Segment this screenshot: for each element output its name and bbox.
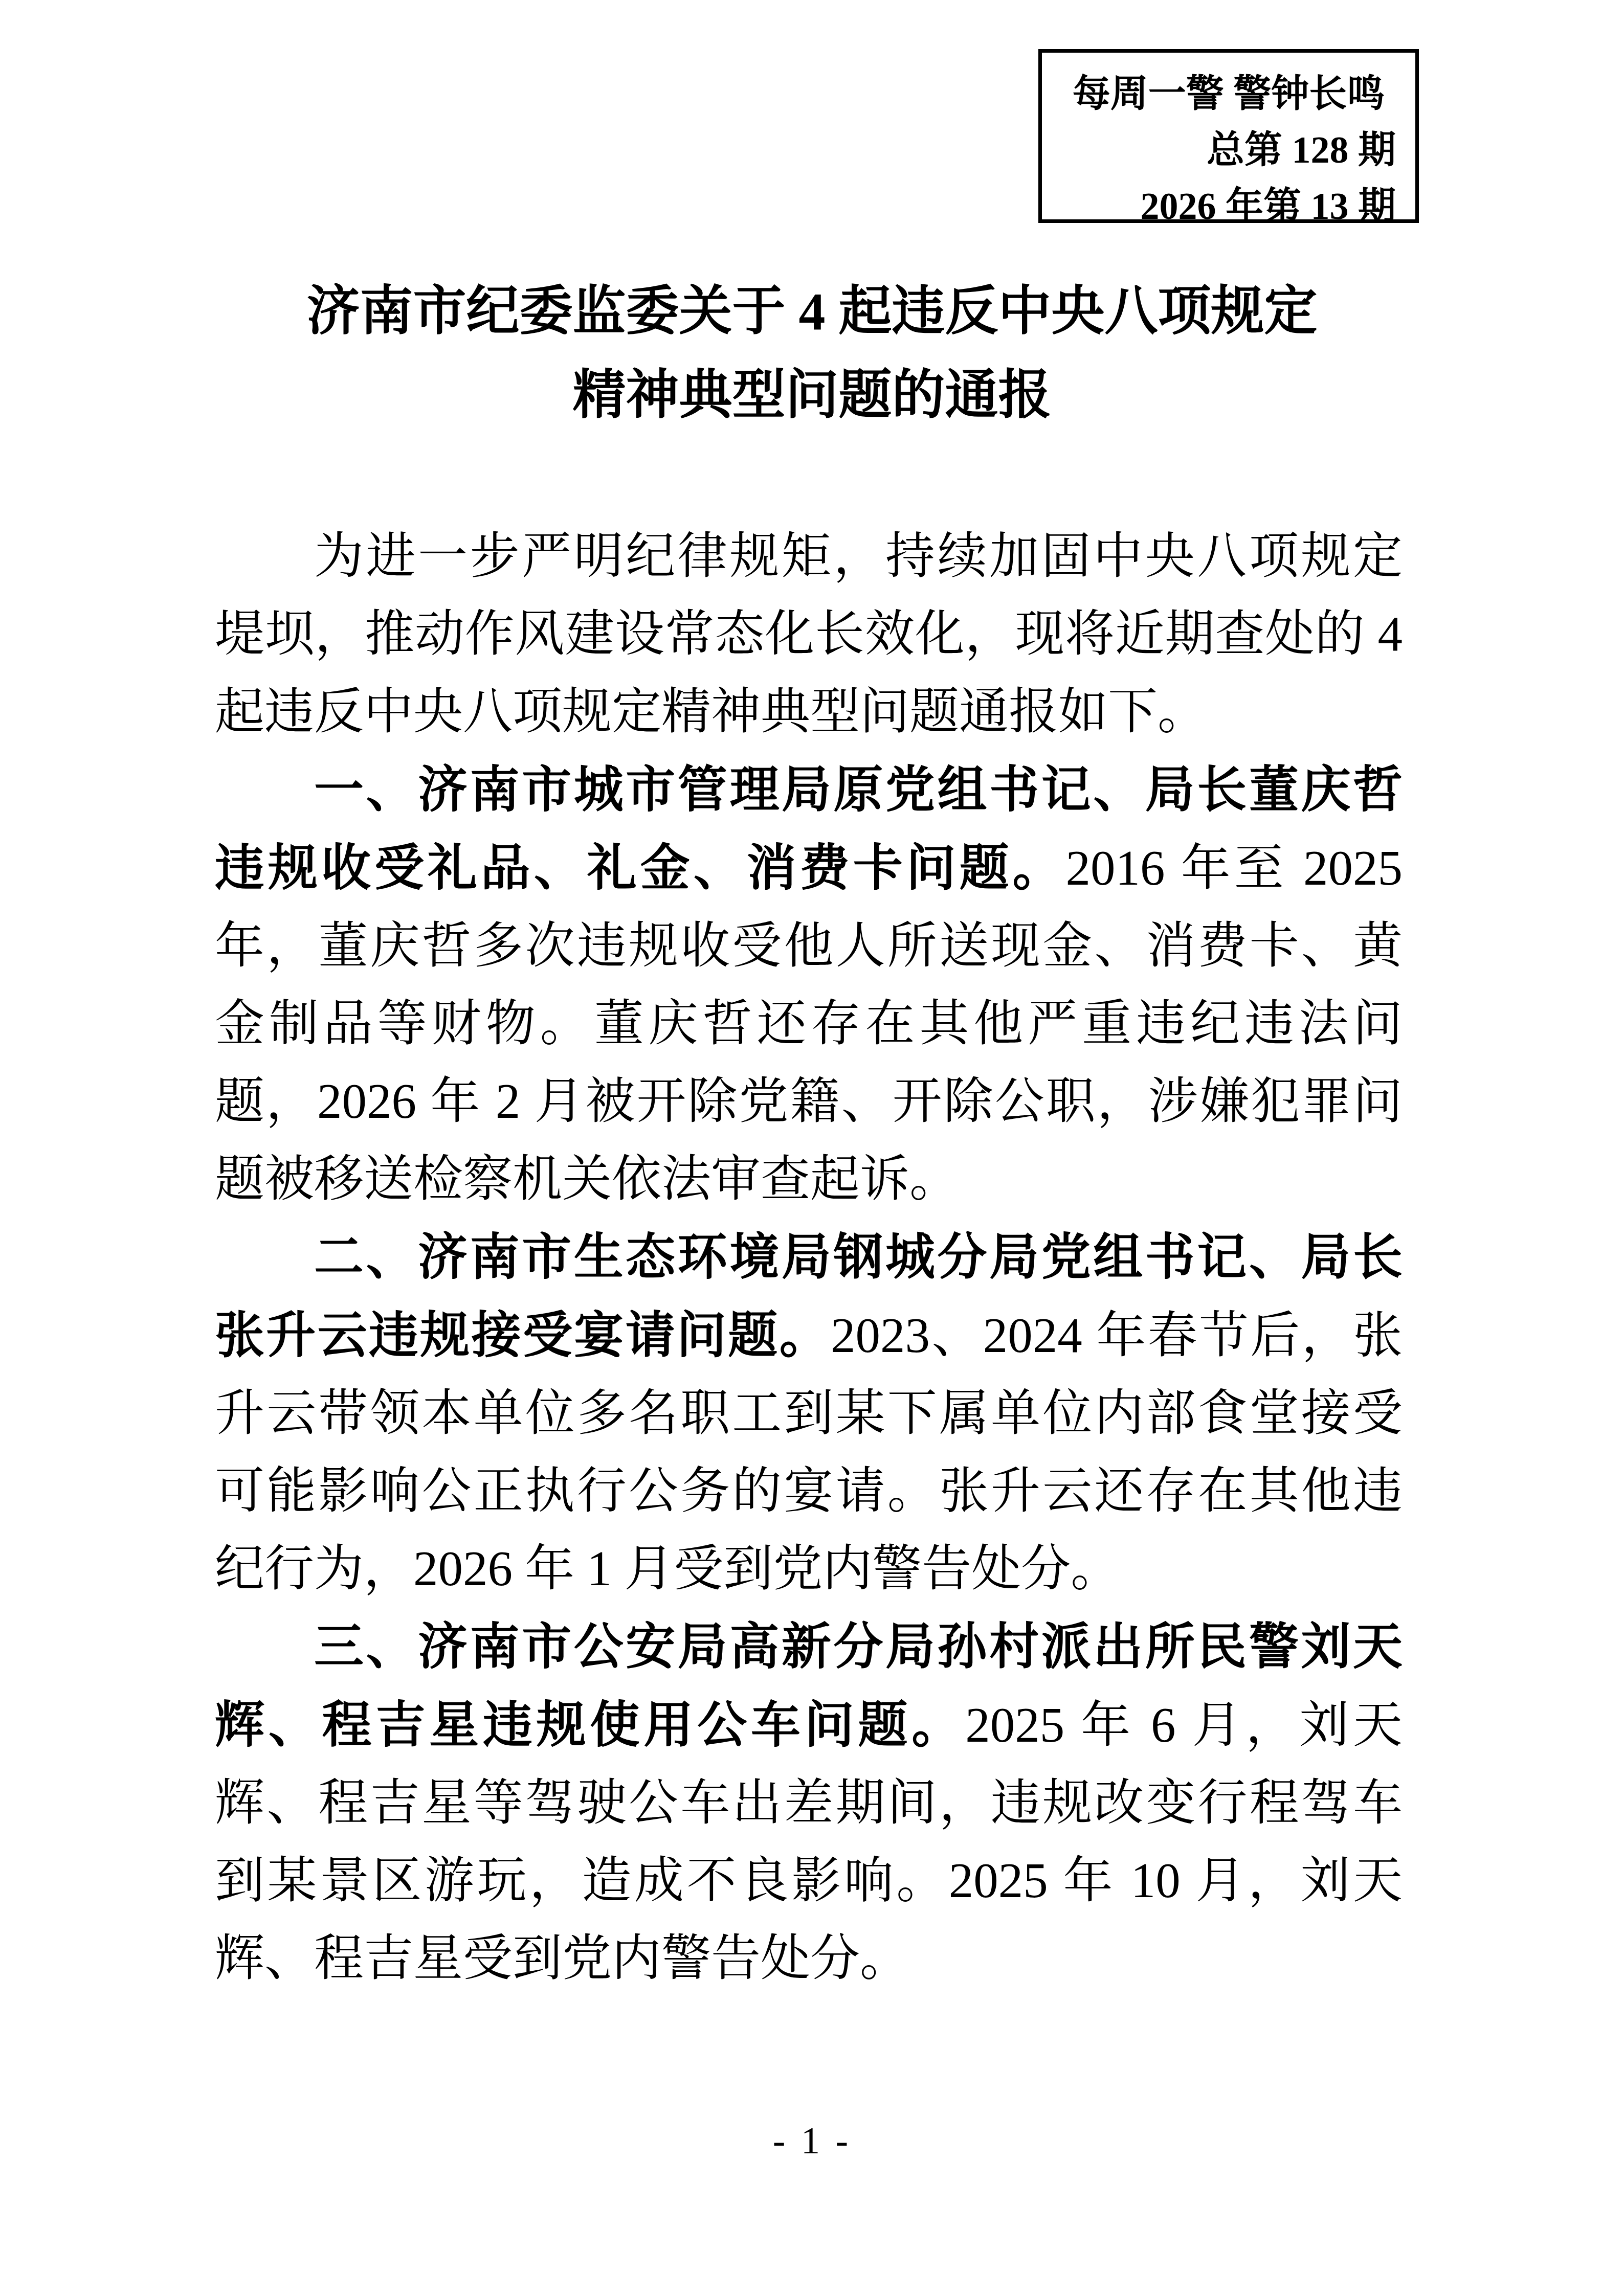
issue-slogan: 每周一警 警钟长鸣	[1061, 66, 1396, 122]
paragraph: 二、济南市生态环境局钢城分局党组书记、局长张升云违规接受宴请问题。2023、20…	[215, 1218, 1403, 1608]
paragraph: 一、济南市城市管理局原党组书记、局长董庆哲违规收受礼品、礼金、消费卡问题。201…	[215, 751, 1403, 1218]
page-number: - 1 -	[0, 2118, 1624, 2164]
document-title-line-2: 精神典型问题的通报	[0, 354, 1624, 438]
paragraph-text-segment: 2016 年至 2025 年，董庆哲多次违规收受他人所送现金、消费卡、黄金制品等…	[215, 841, 1403, 1206]
document-page: 每周一警 警钟长鸣 总第 128 期 2026 年第 13 期 济南市纪委监委关…	[0, 0, 1624, 2296]
issue-year-number: 2026 年第 13 期	[1061, 178, 1396, 235]
document-body: 为进一步严明纪律规矩，持续加固中央八项规定堤坝，推动作风建设常态化长效化，现将近…	[215, 517, 1403, 1997]
document-title: 济南市纪委监委关于 4 起违反中央八项规定 精神典型问题的通报	[0, 270, 1624, 438]
paragraph: 为进一步严明纪律规矩，持续加固中央八项规定堤坝，推动作风建设常态化长效化，现将近…	[215, 517, 1403, 751]
paragraph: 三、济南市公安局高新分局孙村派出所民警刘天辉、程吉星违规使用公车问题。2025 …	[215, 1608, 1403, 1997]
issue-info-box: 每周一警 警钟长鸣 总第 128 期 2026 年第 13 期	[1038, 49, 1419, 223]
paragraph-text-segment: 为进一步严明纪律规矩，持续加固中央八项规定堤坝，推动作风建设常态化长效化，现将近…	[215, 529, 1403, 739]
issue-total-number: 总第 128 期	[1061, 122, 1396, 178]
document-title-line-1: 济南市纪委监委关于 4 起违反中央八项规定	[0, 270, 1624, 354]
